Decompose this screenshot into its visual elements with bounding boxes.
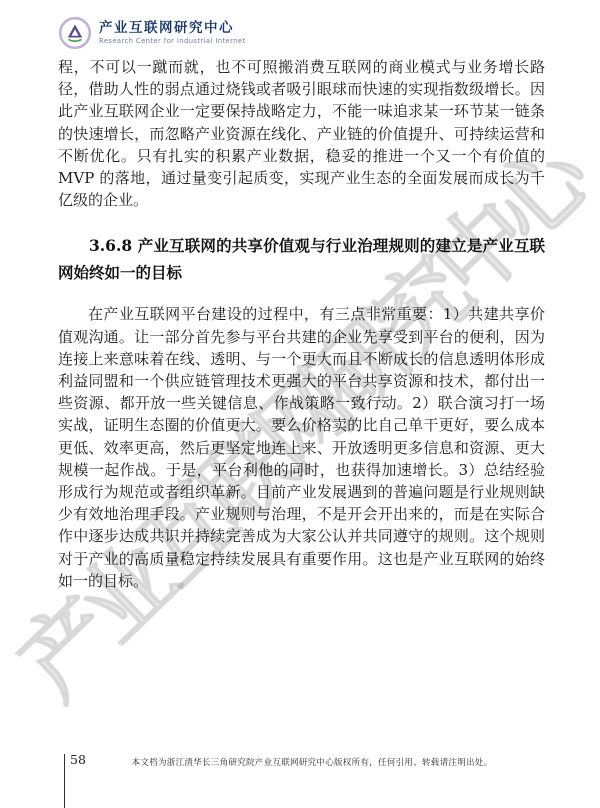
- copyright-notice: 本文档为浙江清华长三角研究院产业互联网研究中心版权所有，任何引用、转载请注明出处…: [64, 756, 560, 768]
- section-heading: 3.6.8 产业互联网的共享价值观与行业治理规则的建立是产业互联网始终如一的目标: [58, 232, 545, 286]
- org-logo-icon: [58, 16, 92, 50]
- org-logo-text: 产业互联网研究中心 Research Center for Industrial…: [99, 21, 246, 46]
- paragraph-continuation: 程，不可以一蹴而就，也不可照搬消费互联网的商业模式与业务增长路径，借助人性的弱点…: [58, 56, 545, 211]
- document-body: 程，不可以一蹴而就，也不可照搬消费互联网的商业模式与业务增长路径，借助人性的弱点…: [58, 56, 545, 592]
- paragraph-main: 在产业互联网平台建设的过程中，有三点非常重要：1）共建共享价值观沟通。让一部分首…: [58, 303, 545, 592]
- page-header: 产业互联网研究中心 Research Center for Industrial…: [58, 16, 246, 50]
- org-name-en: Research Center for Industrial Internet: [99, 37, 246, 46]
- org-name-cn: 产业互联网研究中心: [99, 21, 246, 36]
- document-page: 产业互联网研究中心 产业互联网研究中心 Research Center for …: [0, 0, 600, 808]
